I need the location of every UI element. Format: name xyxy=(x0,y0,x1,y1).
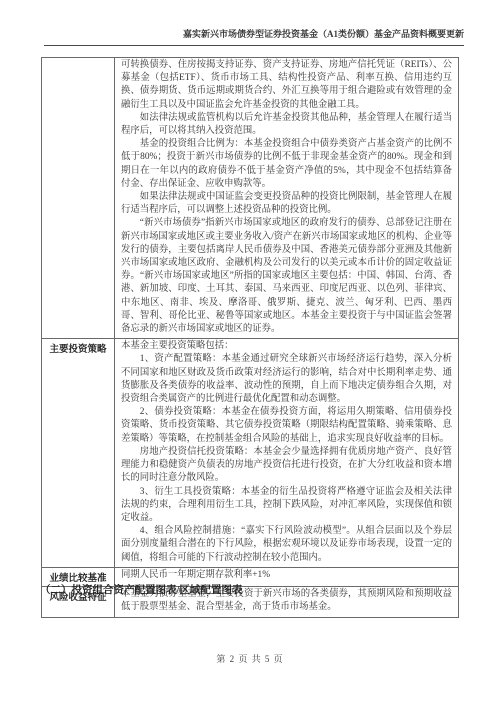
paragraph: 1、资产配置策略：本基金通过研究全球新兴市场经济运行趋势，深入分析不同国家和地区… xyxy=(121,353,452,406)
page-number: 第 2 页 共 5 页 xyxy=(0,652,500,665)
fund-info-table: 可转换债券、住房按揭支持证券、资产支持证券、房地产信托凭证（REITs）、公募基… xyxy=(41,57,459,618)
paragraph: 基金的投资组合比例为：本基金投资组合中债券类资产占基金资产的比例不低于80%；投… xyxy=(121,138,452,191)
paragraph: 2、债券投资策略：本基金在债券投资方面，将运用久期策略、信用债券投资策略、货币投… xyxy=(121,406,452,446)
row-label-empty xyxy=(42,58,115,339)
paragraph: 3、衍生工具投资策略：本基金的衍生品投资将严格遵守证监会及相关法律法规的约束，合… xyxy=(121,486,452,526)
paragraph: 如果法律法规或中国证监会变更投资品种的投资比例限制，基金管理人在履行适当程序后，… xyxy=(121,191,452,217)
paragraph: 同期人民币一年期定期存款利率+1% xyxy=(121,569,452,582)
header-divider xyxy=(44,45,464,46)
document-title: 嘉实新兴市场债券型证券投资基金（A1类份额）基金产品资料概要更新 xyxy=(44,27,464,40)
row-main-investment-strategy: 主要投资策略 本基金主要投资策略包括： 1、资产配置策略：本基金通过研究全球新兴… xyxy=(42,339,459,567)
section-heading: （二）投资组合资产配置图表/区域配置图表 xyxy=(40,582,242,597)
row-investment-scope-continued: 可转换债券、住房按揭支持证券、资产支持证券、房地产信托凭证（REITs）、公募基… xyxy=(42,58,459,339)
investment-scope-content: 可转换债券、住房按揭支持证券、资产支持证券、房地产信托凭证（REITs）、公募基… xyxy=(115,58,459,339)
main-investment-strategy-content: 本基金主要投资策略包括： 1、资产配置策略：本基金通过研究全球新兴市场经济运行趋… xyxy=(115,339,459,567)
paragraph: 可转换债券、住房按揭支持证券、资产支持证券、房地产信托凭证（REITs）、公募基… xyxy=(121,59,452,112)
paragraph: 本基金主要投资策略包括： xyxy=(121,340,452,353)
paragraph: “新兴市场债券”指新兴市场国家或地区的政府发行的债券、总部登记注册在新兴市场国家… xyxy=(121,217,452,336)
row-label-main-investment-strategy: 主要投资策略 xyxy=(42,339,115,567)
paragraph: 如法律法规或监管机构以后允许基金投资其他品种，基金管理人在履行适当程序后，可以将… xyxy=(121,112,452,138)
paragraph: 房地产投资信托投资策略：本基金会少量选择拥有优质房地产资产、良好管理能力和稳健资… xyxy=(121,446,452,486)
paragraph: 4、组合风险控制措施：“嘉实下行风险波动模型”。从组合层面以及个券层面分别度量组… xyxy=(121,525,452,565)
